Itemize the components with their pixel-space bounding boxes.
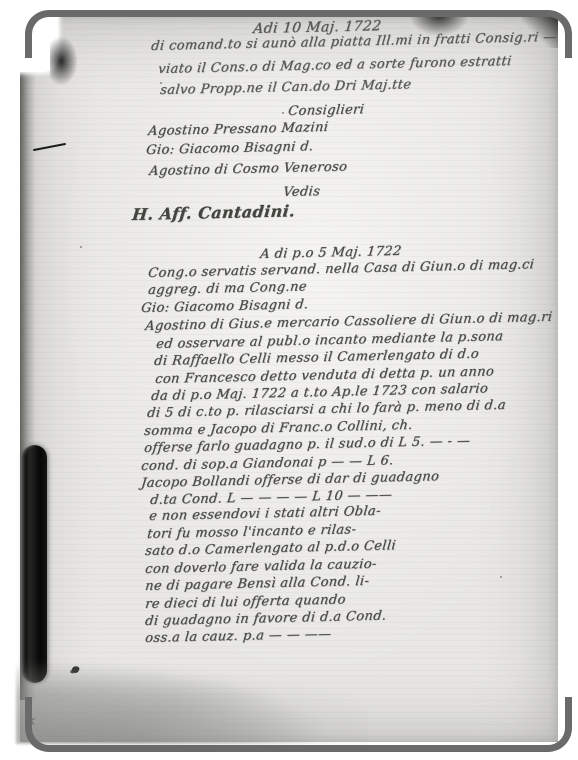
- manuscript-line: e non essendovi i stati altri Obla-: [148, 505, 381, 523]
- manuscript-line: Vedis: [282, 185, 320, 199]
- frame-border-bottom: [25, 697, 572, 752]
- manuscript-line: ne di pagare Bensì alla Cond. li-: [144, 575, 369, 593]
- frame-border-top: [25, 10, 572, 58]
- paper-speck: [160, 82, 162, 84]
- manuscript-line: viato il Cons.o di Mag.co ed a sorte fur…: [157, 55, 512, 76]
- manuscript-scan-photo: Adi 10 Maj. 1722 di comand.to si aunò al…: [20, 16, 558, 742]
- manuscript-line: Jacopo Bollandi offerse di dar di guadag…: [140, 470, 439, 490]
- manuscript-line: con doverlo fare valida la cauzio-: [144, 558, 377, 576]
- manuscript-line: Agostino di Cosmo Veneroso: [148, 160, 347, 178]
- manuscript-line: salvo Propp.ne il Can.do Dri Maj.tte: [159, 78, 412, 97]
- scanned-page-view: Adi 10 Maj. 1722 di comand.to si aunò al…: [0, 0, 578, 760]
- manuscript-line: re dieci di lui offerta quando: [144, 593, 346, 611]
- manuscript-line: Agostino Pressano Mazini: [147, 121, 328, 138]
- paper-speck: [80, 246, 82, 248]
- manuscript-line: aggreg. di ma Cong.ne: [147, 280, 307, 297]
- pen-stroke-mark: [33, 143, 66, 151]
- manuscript-line: Gio: Giacomo Bisagni d.: [145, 140, 314, 157]
- manuscript-line: Cong.o servatis servand. nella Casa di G…: [147, 258, 534, 280]
- manuscript-line: A di p.o 5 Maj. 1722: [259, 245, 402, 261]
- paper-speck: [500, 576, 502, 578]
- manuscript-line: sato d.o Camerlengato al p.d.o Celli: [144, 539, 396, 558]
- manuscript-line: Consiglieri: [287, 103, 364, 118]
- binding-clamp: [22, 445, 47, 683]
- manuscript-signature: H. Aff. Cantadini.: [131, 203, 296, 223]
- manuscript-line: tori fu mosso l'incanto e rilas-: [146, 523, 356, 541]
- paper-speck: [225, 354, 228, 356]
- paper-speck: [282, 112, 284, 114]
- manuscript-line: Gio: Giacomo Bisagni d.: [140, 298, 309, 315]
- manuscript-line: oss.a la cauz. p.a — — ——: [144, 628, 332, 645]
- manuscript-line: di guadagno in favore di d.a Cond.: [144, 610, 387, 629]
